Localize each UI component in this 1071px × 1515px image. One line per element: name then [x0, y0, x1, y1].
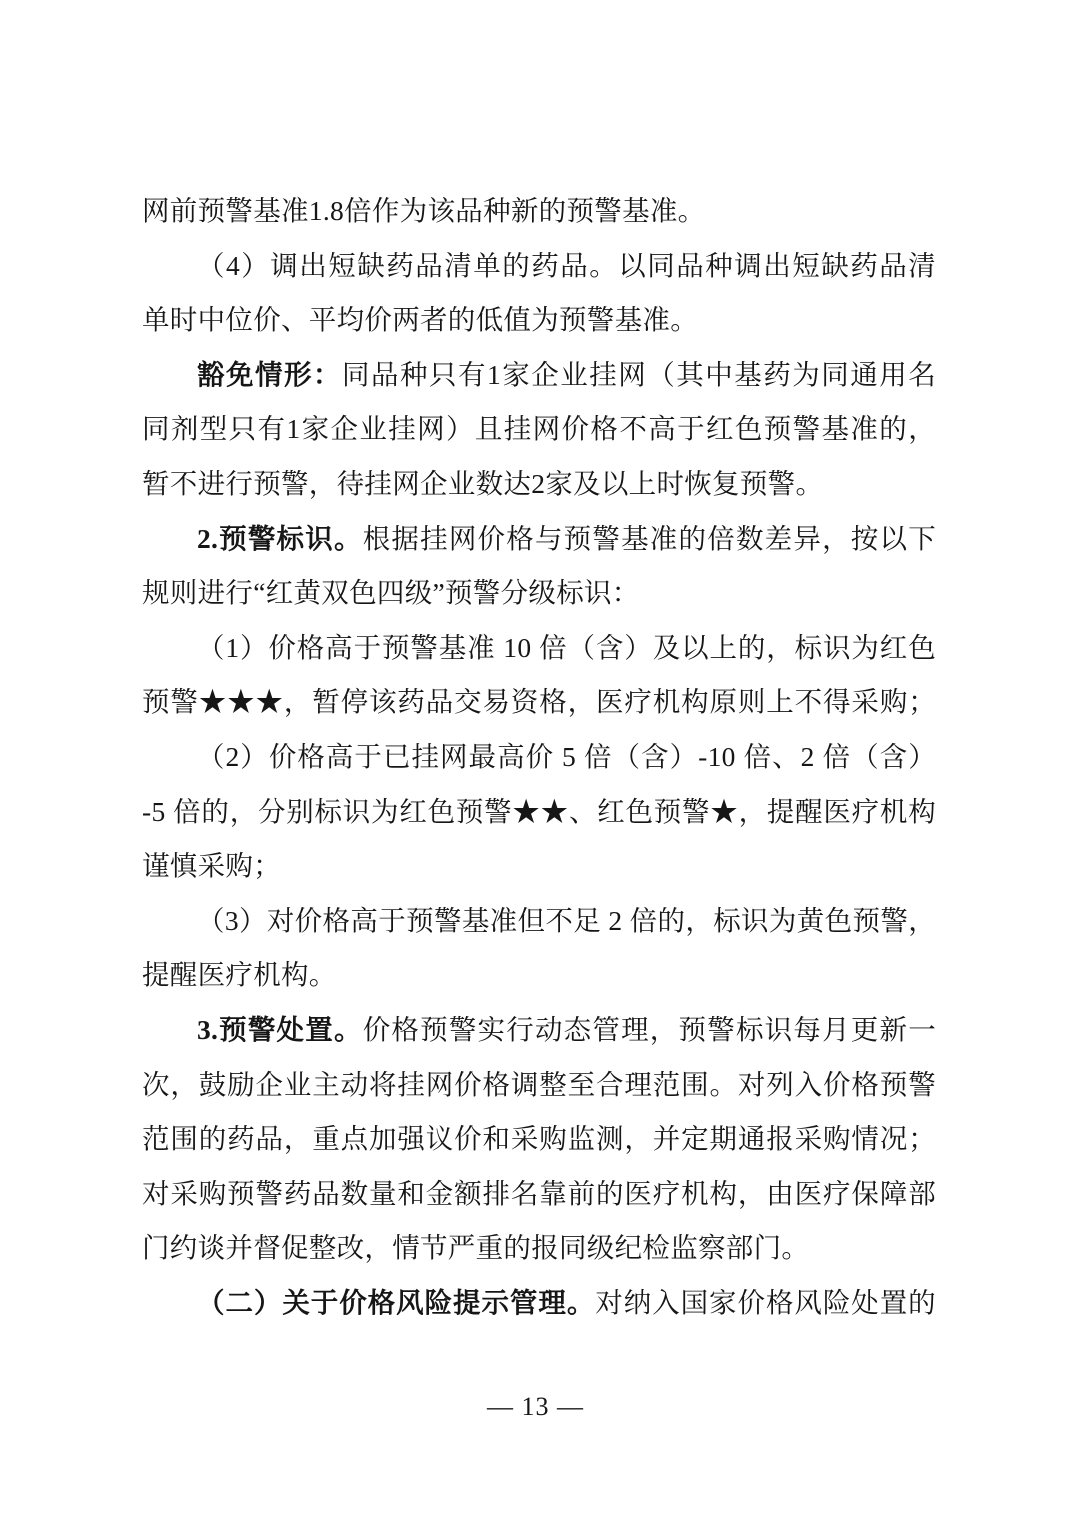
line-text: 范围的药品，重点加强议价和采购监测，并定期通报采购情况； [142, 1123, 936, 1154]
bold-lead: 2.预警标识。 [197, 523, 363, 554]
line-text: 根据挂网价格与预警基准的倍数差异，按以下 [363, 523, 936, 554]
line-text: 同剂型只有1家企业挂网）且挂网价格不高于红色预警基准的， [142, 413, 936, 444]
line-text: 预警★★★，暂停该药品交易资格，医疗机构原则上不得采购； [142, 686, 936, 717]
text-line: （3）对价格高于预警基准但不足 2 倍的，标识为黄色预警， [142, 894, 936, 949]
bold-lead: 3.预警处置。 [197, 1014, 363, 1045]
line-text: 谨慎采购； [142, 850, 281, 881]
line-text: 门约谈并督促整改，情节严重的报同级纪检监察部门。 [142, 1232, 809, 1263]
text-line: 谨慎采购； [142, 839, 936, 894]
text-line: 范围的药品，重点加强议价和采购监测，并定期通报采购情况； [142, 1112, 936, 1167]
text-line: 预警★★★，暂停该药品交易资格，医疗机构原则上不得采购； [142, 675, 936, 730]
text-line: -5 倍的，分别标识为红色预警★★、红色预警★，提醒医疗机构 [142, 785, 936, 840]
text-line: 提醒医疗机构。 [142, 948, 936, 1003]
line-text: 对采购预警药品数量和金额排名靠前的医疗机构，由医疗保障部 [142, 1178, 936, 1209]
text-line: 对采购预警药品数量和金额排名靠前的医疗机构，由医疗保障部 [142, 1167, 936, 1222]
line-text: （3）对价格高于预警基准但不足 2 倍的，标识为黄色预警， [197, 905, 936, 936]
line-text: 提醒医疗机构。 [142, 959, 337, 990]
text-line: （1）价格高于预警基准 10 倍（含）及以上的，标识为红色 [142, 621, 936, 676]
text-line: （4）调出短缺药品清单的药品。以同品种调出短缺药品清 [142, 239, 936, 294]
line-text: 单时中位价、平均价两者的低值为预警基准。 [142, 304, 698, 335]
line-text: （2）价格高于已挂网最高价 5 倍（含）-10 倍、2 倍（含） [197, 741, 936, 772]
bold-lead: 豁免情形： [197, 359, 342, 390]
line-text: （4）调出短缺药品清单的药品。以同品种调出短缺药品清 [197, 250, 936, 281]
text-line: 单时中位价、平均价两者的低值为预警基准。 [142, 293, 936, 348]
page-number: — 13 — [0, 1392, 1071, 1422]
line-text: 网前预警基准1.8倍作为该品种新的预警基准。 [142, 195, 705, 226]
text-line: 门约谈并督促整改，情节严重的报同级纪检监察部门。 [142, 1221, 936, 1276]
line-text: 次，鼓励企业主动将挂网价格调整至合理范围。对列入价格预警 [142, 1069, 936, 1100]
text-line: 规则进行“红黄双色四级”预警分级标识： [142, 566, 936, 621]
line-text: 对纳入国家价格风险处置的 [595, 1287, 936, 1318]
line-text: -5 倍的，分别标识为红色预警★★、红色预警★，提醒医疗机构 [142, 796, 936, 827]
line-text: 价格预警实行动态管理，预警标识每月更新一 [363, 1014, 936, 1045]
text-line: 次，鼓励企业主动将挂网价格调整至合理范围。对列入价格预警 [142, 1058, 936, 1113]
document-page: 网前预警基准1.8倍作为该品种新的预警基准。（4）调出短缺药品清单的药品。以同品… [0, 0, 1071, 1515]
text-line: 豁免情形：同品种只有1家企业挂网（其中基药为同通用名 [142, 348, 936, 403]
text-line: 3.预警处置。价格预警实行动态管理，预警标识每月更新一 [142, 1003, 936, 1058]
line-text: （1）价格高于预警基准 10 倍（含）及以上的，标识为红色 [197, 632, 936, 663]
text-line: （2）价格高于已挂网最高价 5 倍（含）-10 倍、2 倍（含） [142, 730, 936, 785]
text-line: 2.预警标识。根据挂网价格与预警基准的倍数差异，按以下 [142, 512, 936, 567]
text-line: （二）关于价格风险提示管理。对纳入国家价格风险处置的 [142, 1276, 936, 1331]
line-text: 规则进行“红黄双色四级”预警分级标识： [142, 577, 640, 608]
text-line: 暂不进行预警，待挂网企业数达2家及以上时恢复预警。 [142, 457, 936, 512]
text-line: 同剂型只有1家企业挂网）且挂网价格不高于红色预警基准的， [142, 402, 936, 457]
line-text: 同品种只有1家企业挂网（其中基药为同通用名 [342, 359, 936, 390]
document-body: 网前预警基准1.8倍作为该品种新的预警基准。（4）调出短缺药品清单的药品。以同品… [142, 184, 936, 1330]
bold-lead: （二）关于价格风险提示管理。 [197, 1287, 595, 1318]
text-line: 网前预警基准1.8倍作为该品种新的预警基准。 [142, 184, 936, 239]
line-text: 暂不进行预警，待挂网企业数达2家及以上时恢复预警。 [142, 468, 823, 499]
